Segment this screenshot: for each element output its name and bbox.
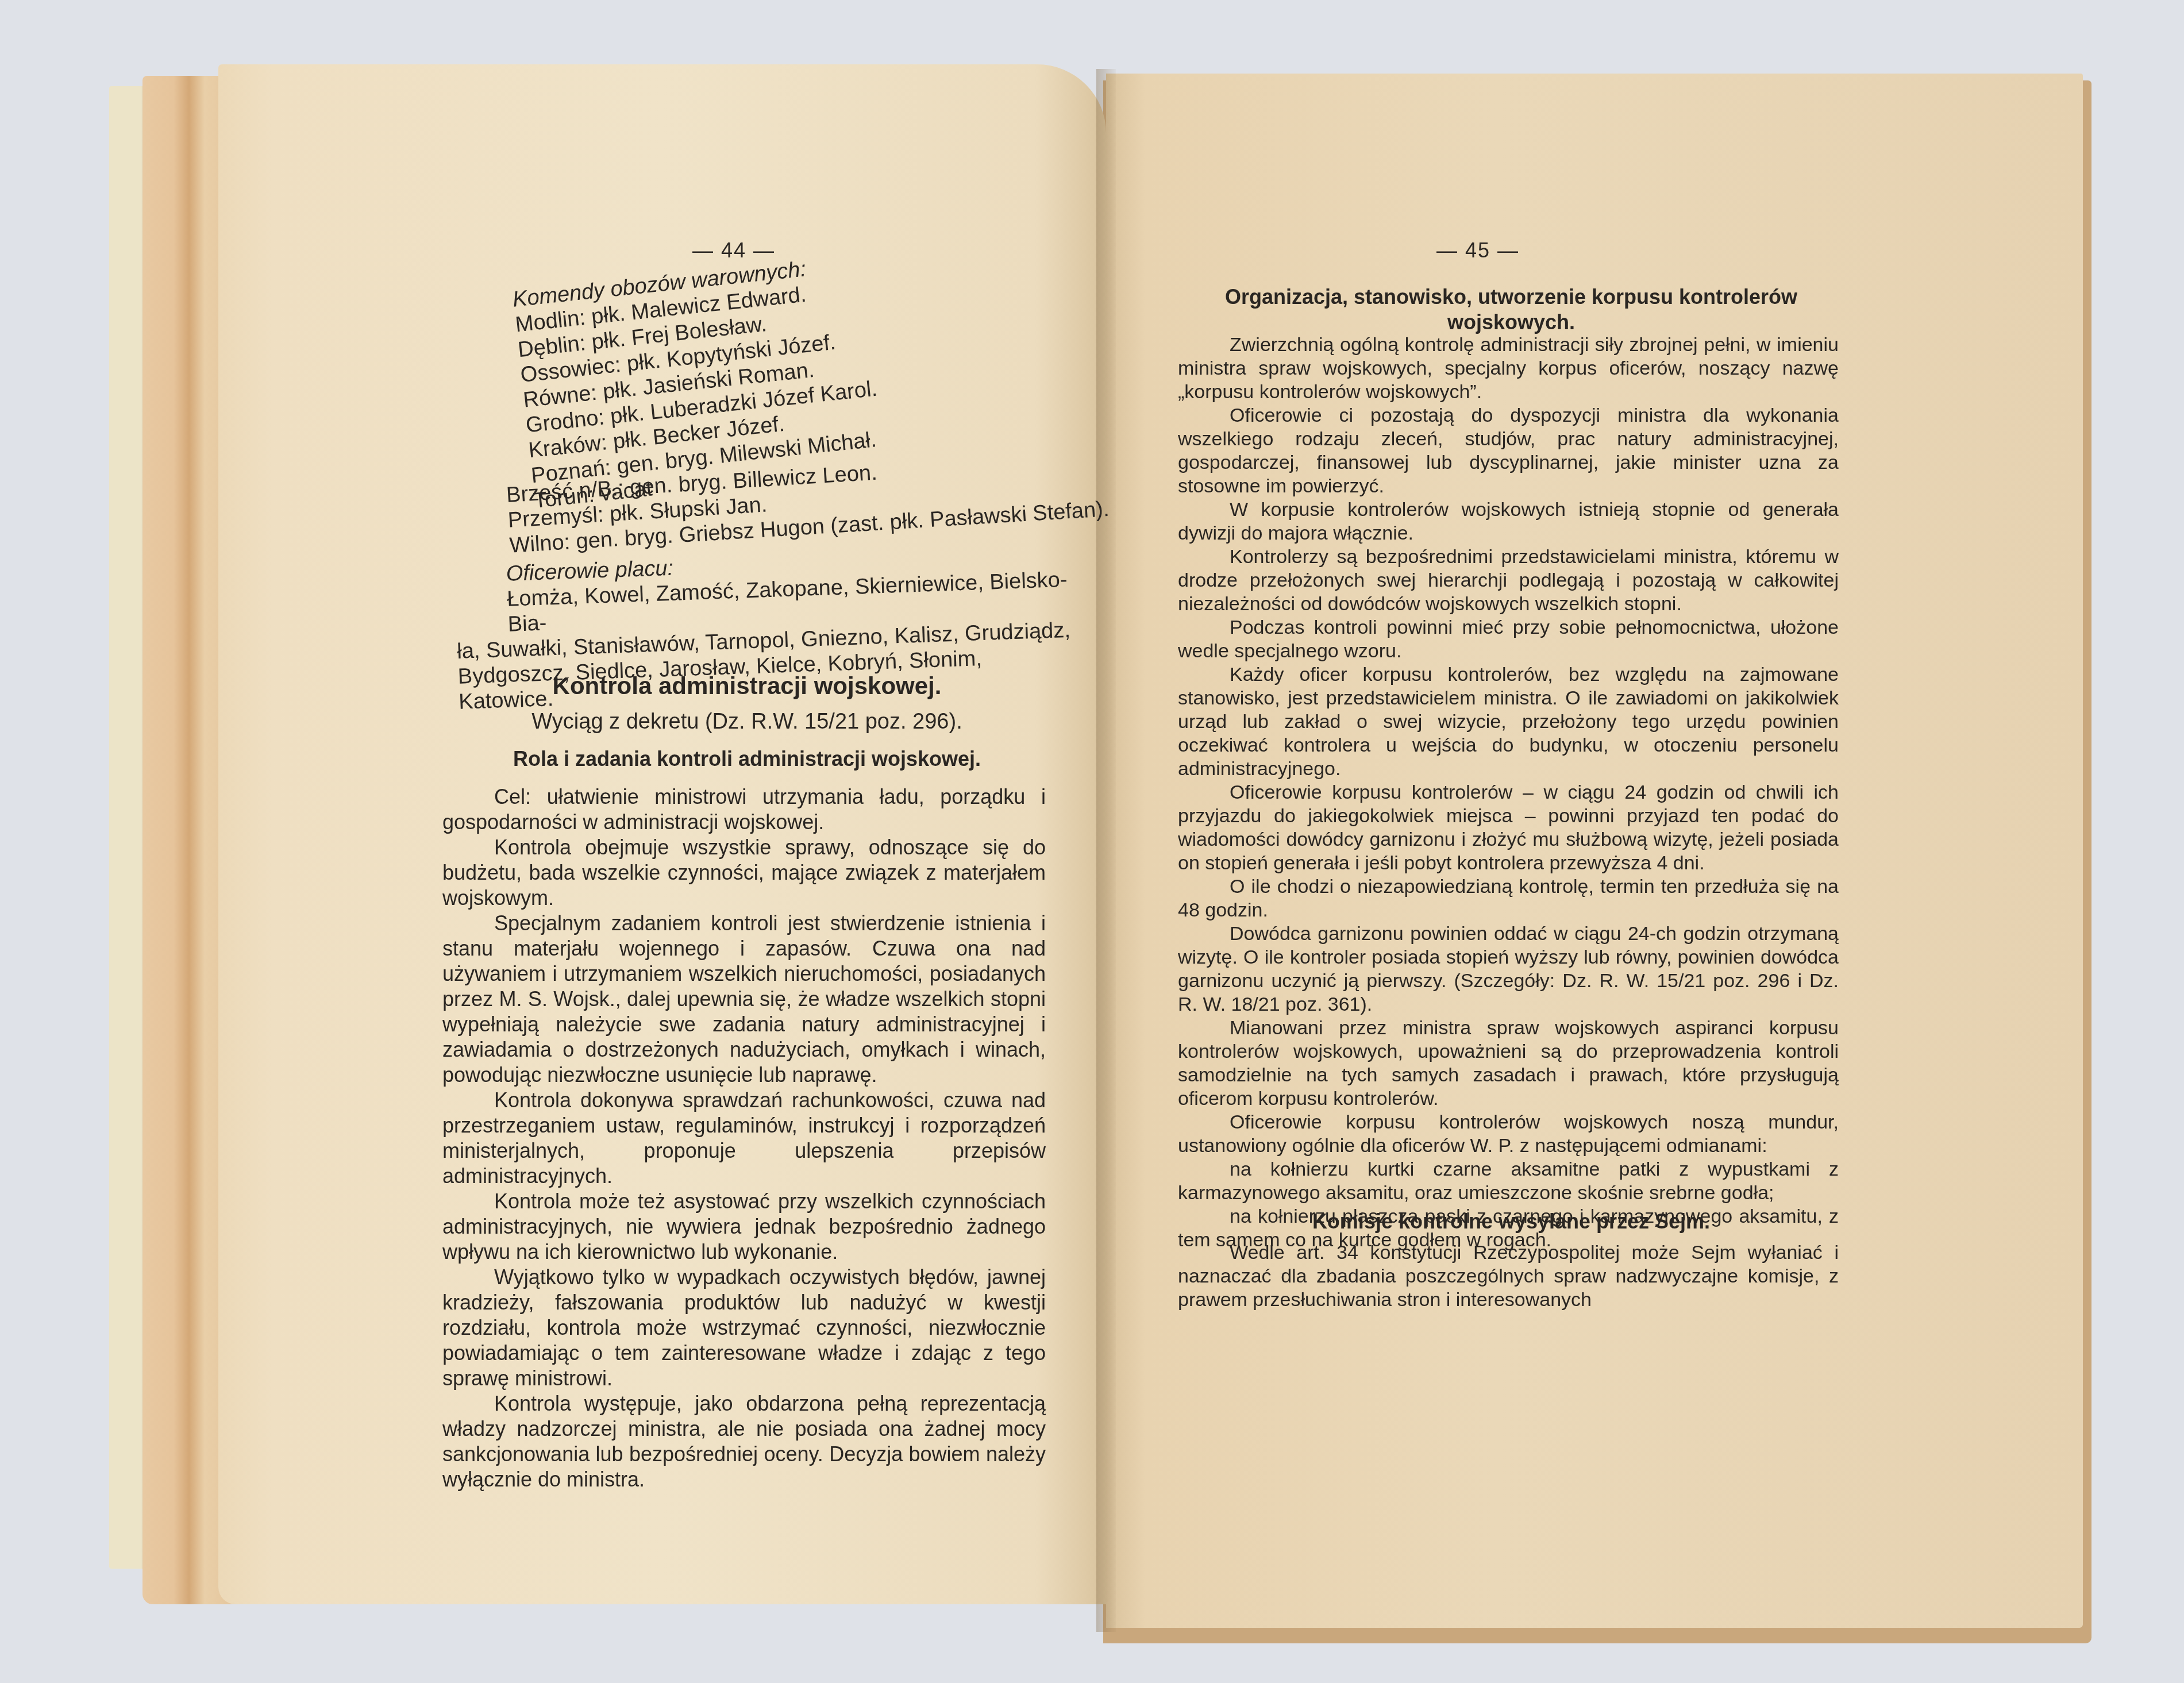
- left-page-number: — 44 —: [692, 238, 775, 263]
- right-paragraph: Dowódca garnizonu powinien oddać w ciągu…: [1178, 922, 1839, 1016]
- right-body-text: Zwierzchnią ogólną kontrolę administracj…: [1178, 333, 1839, 1252]
- right-paragraph: Podczas kontroli powinni mieć przy sobie…: [1178, 616, 1839, 663]
- right-paragraph: Każdy oficer korpusu kontrolerów, bez wz…: [1178, 663, 1839, 781]
- left-paragraph: Specjalnym zadaniem kontroli jest stwier…: [442, 911, 1046, 1088]
- left-paragraph: Kontrola może też asystować przy wszelki…: [442, 1189, 1046, 1265]
- left-subtitle: Wyciąg z dekretu (Dz. R.W. 15/21 poz. 29…: [460, 710, 1034, 734]
- right-paragraph: Mianowani przez ministra spraw wojskowyc…: [1178, 1016, 1839, 1111]
- right-paragraph: na kołnierzu kurtki czarne aksamitne pat…: [1178, 1158, 1839, 1205]
- left-body-text: Cel: ułatwienie ministrowi utrzymania ła…: [442, 784, 1046, 1492]
- right-section2-text: Wedle art. 34 konstytucji Rzeczypospolit…: [1178, 1241, 1839, 1312]
- right-paragraph: W korpusie kontrolerów wojskowych istnie…: [1178, 498, 1839, 545]
- left-paragraph: Kontrola występuje, jako obdarzona pełną…: [442, 1391, 1046, 1492]
- right-paragraph: Oficerowie ci pozostają do dyspozycji mi…: [1178, 404, 1839, 498]
- right-paragraph: O ile chodzi o niezapowiedzianą kontrolę…: [1178, 875, 1839, 922]
- left-paragraph: Wyjątkowo tylko w wypadkach oczywistych …: [442, 1265, 1046, 1391]
- right-paragraph: Wedle art. 34 konstytucji Rzeczypospolit…: [1178, 1241, 1839, 1312]
- right-section2-heading: Komisje kontrolne wysyłane przez Sejm.: [1201, 1210, 1821, 1234]
- left-paragraph: Kontrola obejmuje wszystkie sprawy, odno…: [442, 835, 1046, 911]
- right-page-number: — 45 —: [1436, 238, 1519, 263]
- right-section1-heading: Organizacja, stanowisko, utworzenie korp…: [1201, 284, 1821, 335]
- right-paragraph: Oficerowie korpusu kontrolerów – w ciągu…: [1178, 781, 1839, 875]
- right-paragraph: Kontrolerzy są bezpośrednimi przedstawic…: [1178, 545, 1839, 616]
- book-spine-gutter: [1096, 69, 1116, 1632]
- left-section-heading: Rola i zadania kontroli administracji wo…: [460, 747, 1034, 771]
- right-paragraph: Zwierzchnią ogólną kontrolę administracj…: [1178, 333, 1839, 404]
- left-paragraph: Kontrola dokonywa sprawdzań rachunkowośc…: [442, 1088, 1046, 1189]
- right-paragraph: Oficerowie korpusu kontrolerów wojskowyc…: [1178, 1111, 1839, 1158]
- left-paragraph: Cel: ułatwienie ministrowi utrzymania ła…: [442, 784, 1046, 835]
- left-title: Kontrola administracji wojskowej.: [460, 672, 1034, 700]
